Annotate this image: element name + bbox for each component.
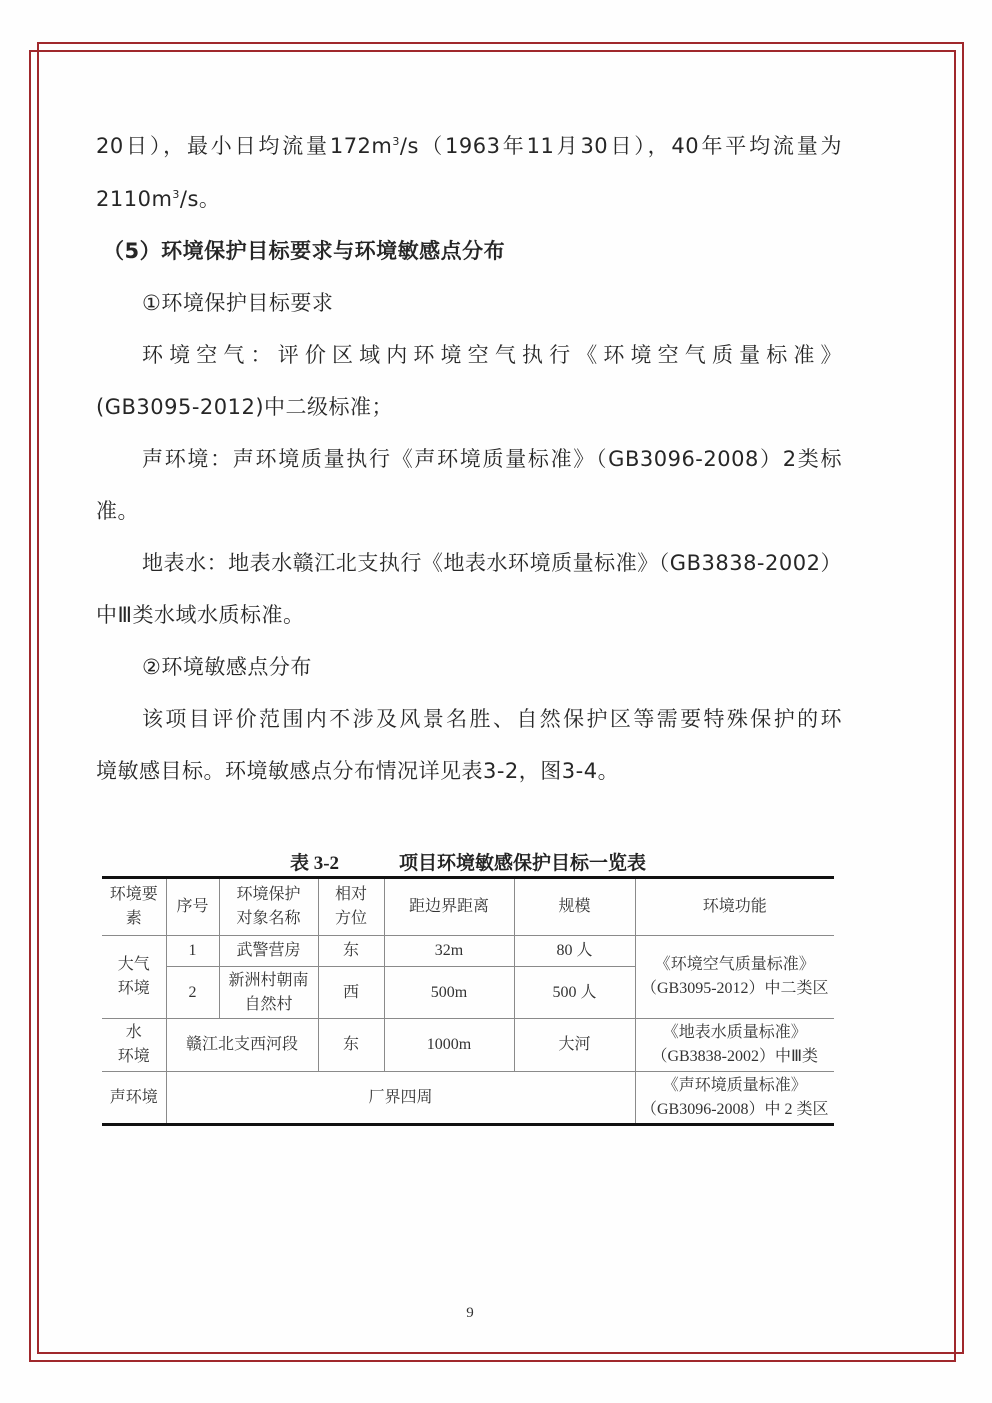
cell-scale: 80 人 <box>514 936 635 967</box>
superscript: 3 <box>172 188 180 201</box>
cell-direction: 东 <box>318 1019 384 1072</box>
table-caption: 表 3-2项目环境敏感保护目标一览表 <box>102 848 834 875</box>
cell-no: 2 <box>166 967 219 1019</box>
table-row: 声环境 厂界四周 《声环境质量标准》（GB3096-2008）中 2 类区 <box>102 1072 834 1125</box>
sensitive-points-line-1: 该项目评价范围内不涉及风景名胜、自然保护区等需要特殊保护的环 <box>142 706 842 732</box>
subsection-heading-2: ②环境敏感点分布 <box>142 654 312 680</box>
cell-element: 水环境 <box>102 1019 166 1072</box>
paragraph-flow-line-2: 2110m3/s。 <box>96 186 220 212</box>
noise-standard-line-2: 准。 <box>96 498 139 524</box>
noise-standard-line-1: 声环境：声环境质量执行《声环境质量标准》（GB3096-2008）2类标 <box>142 446 842 472</box>
cell-scale: 大河 <box>514 1019 635 1072</box>
cell-scale: 500 人 <box>514 967 635 1019</box>
header-no: 序号 <box>166 878 219 936</box>
subsection-heading-1: ①环境保护目标要求 <box>142 290 333 316</box>
cell-function: 《环境空气质量标准》（GB3095-2012）中二类区 <box>635 936 834 1019</box>
cell-direction: 东 <box>318 936 384 967</box>
water-standard-line-2: 中Ⅲ类水域水质标准。 <box>96 602 304 628</box>
text-segment: 20日），最小日均流量172m <box>96 134 392 158</box>
air-standard-line-1: 环境空气：评价区域内环境空气执行《环境空气质量标准》 <box>142 342 842 368</box>
cell-element: 声环境 <box>102 1072 166 1125</box>
cell-name: 厂界四周 <box>166 1072 635 1125</box>
sensitive-points-line-2: 境敏感目标。环境敏感点分布情况详见表3-2，图3-4。 <box>96 758 619 784</box>
page-number: 9 <box>0 1305 940 1322</box>
text-segment: /s。 <box>180 187 221 211</box>
table-header-row: 环境要素 序号 环境保护对象名称 相对方位 距边界距离 规模 环境功能 <box>102 878 834 936</box>
cell-direction: 西 <box>318 967 384 1019</box>
text-segment: /s（1963年11月30日），40年平均流量为 <box>400 134 842 158</box>
sensitive-targets-table: 环境要素 序号 环境保护对象名称 相对方位 距边界距离 规模 环境功能 大气环境… <box>102 876 834 1126</box>
header-direction: 相对方位 <box>318 878 384 936</box>
header-distance: 距边界距离 <box>384 878 514 936</box>
cell-function: 《声环境质量标准》（GB3096-2008）中 2 类区 <box>635 1072 834 1125</box>
table-title: 项目环境敏感保护目标一览表 <box>399 853 646 874</box>
cell-no: 1 <box>166 936 219 967</box>
water-standard-line-1: 地表水：地表水赣江北支执行《地表水环境质量标准》（GB3838-2002） <box>142 550 842 576</box>
table-number: 表 3-2 <box>290 853 339 874</box>
text-segment: 2110m <box>96 187 172 211</box>
cell-function: 《地表水质量标准》（GB3838-2002）中Ⅲ类 <box>635 1019 834 1072</box>
table-row: 大气环境 1 武警营房 东 32m 80 人 《环境空气质量标准》（GB3095… <box>102 936 834 967</box>
header-scale: 规模 <box>514 878 635 936</box>
cell-name: 赣江北支西河段 <box>166 1019 318 1072</box>
cell-name: 武警营房 <box>219 936 318 967</box>
section-heading: （5）环境保护目标要求与环境敏感点分布 <box>103 238 505 264</box>
header-function: 环境功能 <box>635 878 834 936</box>
cell-distance: 500m <box>384 967 514 1019</box>
air-standard-line-2: (GB3095-2012)中二级标准； <box>96 394 393 420</box>
header-target-name: 环境保护对象名称 <box>219 878 318 936</box>
cell-name: 新洲村朝南自然村 <box>219 967 318 1019</box>
superscript: 3 <box>392 135 400 148</box>
paragraph-flow-line-1: 20日），最小日均流量172m3/s（1963年11月30日），40年平均流量为 <box>96 133 842 159</box>
cell-distance: 1000m <box>384 1019 514 1072</box>
table-row: 水环境 赣江北支西河段 东 1000m 大河 《地表水质量标准》（GB3838-… <box>102 1019 834 1072</box>
cell-distance: 32m <box>384 936 514 967</box>
header-element: 环境要素 <box>102 878 166 936</box>
cell-element: 大气环境 <box>102 936 166 1019</box>
